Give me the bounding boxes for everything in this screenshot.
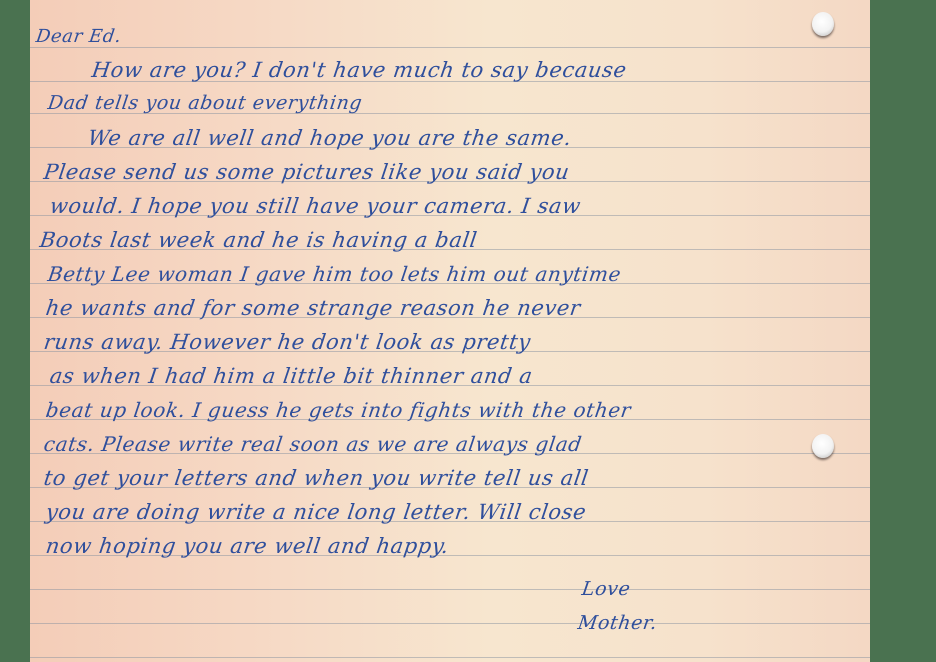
letter-line: Please send us some pictures like you sa… xyxy=(42,160,571,184)
letter-paper: Dear Ed. How are you? I don't have much … xyxy=(30,0,870,662)
letter-line: beat up look. I guess he gets into fight… xyxy=(44,398,632,422)
letter-text: Dear Ed. How are you? I don't have much … xyxy=(30,0,870,662)
salutation: Dear Ed. xyxy=(35,26,123,47)
letter-line: would. I hope you still have your camera… xyxy=(48,194,582,218)
letter-line: he wants and for some strange reason he … xyxy=(44,296,582,320)
letter-line: We are all well and hope you are the sam… xyxy=(86,126,573,150)
closing: Love xyxy=(580,578,632,600)
letter-line: How are you? I don't have much to say be… xyxy=(90,58,628,82)
letter-line: Dad tells you about everything xyxy=(46,92,363,114)
letter-line: runs away. However he don't look as pret… xyxy=(42,330,532,354)
letter-line: you are doing write a nice long letter. … xyxy=(44,500,588,524)
signature: Mother. xyxy=(576,612,658,634)
letter-line: to get your letters and when you write t… xyxy=(42,466,590,490)
letter-line: cats. Please write real soon as we are a… xyxy=(42,432,583,456)
letter-line: Betty Lee woman I gave him too lets him … xyxy=(46,262,623,286)
letter-line: Boots last week and he is having a ball xyxy=(38,228,479,252)
letter-line: now hoping you are well and happy. xyxy=(44,534,450,558)
letter-line: as when I had him a little bit thinner a… xyxy=(48,364,534,388)
